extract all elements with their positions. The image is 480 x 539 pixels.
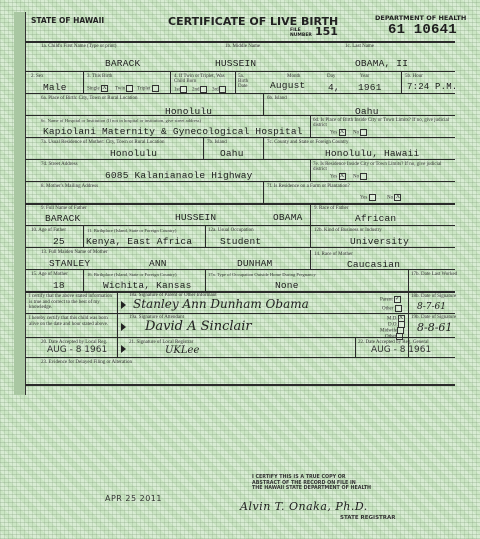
mother-last-name: DUNHAM [237, 258, 272, 269]
informant-date-label: 18b. Date of Signature [411, 294, 456, 300]
street-address: 6085 Kalanianaole Highway [105, 170, 253, 181]
last-name-label: 1c. Last Name [345, 44, 374, 50]
birth-city-label: 6a. Place of Birth: City, Town or Rural … [41, 96, 137, 102]
divider [170, 71, 171, 93]
first-name-label: 1a. Child's First Name (Type or print) [41, 44, 116, 50]
birth-hour: 7:24 P.M. [407, 82, 457, 93]
informant-certification-text: I certify that the above stated informat… [29, 294, 115, 311]
mother-middle-name: ANN [149, 258, 167, 269]
child-last-name: OBAMA, II [355, 58, 408, 69]
divider [25, 203, 455, 205]
registrar-signature: Alvin T. Onaka, Ph.D. [240, 500, 368, 513]
divider [310, 250, 311, 269]
state-label: STATE OF HAWAII [31, 16, 104, 25]
birth-inside-no-checkbox[interactable] [360, 129, 367, 136]
divider [401, 71, 402, 93]
mother-age: 18 [53, 280, 65, 291]
residence-inside-no-checkbox[interactable] [360, 173, 367, 180]
hospital-name: Kapiolani Maternity & Gynecological Hosp… [43, 126, 303, 137]
divider [25, 357, 455, 358]
file-number: 151 [315, 25, 338, 38]
street-label: 7d. Street Address [41, 162, 78, 168]
form-bottom-border [25, 384, 455, 386]
divider [83, 71, 84, 93]
divider [310, 159, 311, 181]
child-sex: Male [43, 82, 67, 93]
divider [263, 181, 455, 182]
father-birthplace-label: 11. Birthplace (Island, State or Foreign… [87, 228, 176, 234]
divider [25, 93, 455, 94]
divider [25, 337, 380, 338]
residence-county-label: 7c. County and State or Foreign Country [267, 140, 349, 146]
child-middle-name: HUSSEIN [215, 58, 256, 69]
twin-option[interactable]: Twin [115, 85, 133, 93]
registrar-title: STATE REGISTRAR [340, 515, 396, 521]
mother-birthplace: Wichita, Kansas [103, 280, 192, 291]
divider [263, 93, 264, 115]
divider [408, 269, 409, 291]
issue-date-stamp: APR 25 2011 [105, 494, 162, 503]
birth-inside-city-label: 6d. Is Place of Birth Inside City or Tow… [313, 118, 453, 128]
local-registrar-signature: UKLee [165, 345, 199, 356]
arrow-marker-icon [121, 345, 126, 353]
father-occupation-label: 12a. Usual Occupation [208, 228, 254, 234]
divider [25, 291, 455, 293]
farm-label: 7f. Is Residence on a Farm or Plantation… [267, 184, 350, 190]
birth-year: 1961 [358, 82, 382, 93]
father-business: University [350, 236, 409, 247]
farm-no[interactable]: No X [387, 194, 401, 202]
attendant-certification-text: I hereby certify that this child was bor… [29, 316, 115, 327]
mother-occupation: None [275, 280, 299, 291]
hospital-label: 6c. Name of Hospital or Institution (If … [41, 118, 201, 124]
divider [25, 269, 455, 270]
birth-island-label: 6b. Island [267, 96, 287, 102]
residence-inside-yes[interactable]: Yes X [330, 173, 346, 181]
divider [355, 337, 455, 338]
birth-inside-yes-checkbox[interactable]: X [339, 129, 346, 136]
arrow-marker-icon [121, 323, 126, 331]
residence-inside-city-label: 7e. Is Residence Inside City or Town Lim… [313, 162, 453, 172]
divider [83, 269, 84, 291]
attendant-date: 8-8-61 [417, 321, 452, 334]
farm-no-checkbox[interactable]: X [394, 194, 401, 201]
divider [25, 313, 455, 314]
twin-order-label: 4. If Twin or Triplet, Was Child Born [174, 74, 236, 84]
parent-checkbox[interactable]: ✓ [394, 296, 401, 303]
father-occupation: Student [220, 236, 261, 247]
residence-inside-no[interactable]: No [353, 173, 367, 181]
residence-county: Honolulu, Hawaii [325, 148, 419, 159]
twin-checkbox[interactable] [126, 85, 133, 92]
father-age: 25 [53, 236, 65, 247]
hour-label: 5b. Hour [405, 74, 423, 80]
certificate-number: 61 10641 [388, 23, 457, 38]
father-race-label: 9. Race of Father [314, 206, 348, 212]
last-worked-label: 17b. Date Last Worked [411, 272, 457, 278]
residence-island-label: 7b. Island [207, 140, 227, 146]
certify-line-3: THE HAWAII STATE DEPARTMENT OF HEALTH [252, 486, 371, 492]
local-reg-date-stamp: AUG - 8 1961 [47, 345, 107, 355]
divider [235, 71, 236, 93]
file-number-label: FILE NUMBER [290, 28, 312, 38]
mother-name-label: 13. Full Maiden Name of Mother [41, 250, 108, 256]
divider [25, 247, 455, 248]
divider [203, 137, 204, 159]
divider [310, 225, 311, 247]
second-born-checkbox[interactable] [200, 86, 207, 93]
mother-first-name: STANLEY [49, 258, 90, 269]
parent-option[interactable]: Parent ✓ [380, 296, 401, 304]
divider [83, 225, 84, 247]
mother-occupation-label: 17a. Type of Occupation Outside Home Dur… [208, 272, 316, 278]
other-option[interactable]: Other [382, 305, 402, 313]
divider [263, 137, 264, 159]
triplet-checkbox[interactable] [152, 85, 159, 92]
birth-date-label: 5a. Birth Date [238, 74, 254, 89]
arrow-marker-icon [121, 301, 126, 309]
informant-signature: Stanley Ann Dunham Obama [133, 297, 309, 311]
birth-month: August [270, 80, 305, 91]
birth-inside-no[interactable]: No [353, 129, 367, 137]
father-age-label: 10. Age of Father [31, 228, 66, 234]
day-label: Day [327, 74, 335, 80]
residence-inside-yes-checkbox[interactable]: X [339, 173, 346, 180]
informant-date: 8-7-61 [417, 302, 446, 312]
divider [25, 115, 455, 116]
certificate-title: CERTIFICATE OF LIVE BIRTH [168, 15, 338, 28]
residence-city: Honolulu [110, 148, 157, 159]
divider [205, 269, 206, 291]
divider [310, 203, 311, 225]
divider [355, 337, 356, 357]
divider [25, 41, 455, 43]
residence-city-label: 7a. Usual Residence of Mother: City, Tow… [41, 140, 165, 146]
father-first-name: BARACK [45, 213, 80, 224]
first-born-checkbox[interactable] [180, 86, 187, 93]
mother-birthplace-label: 16. Birthplace (Island, State or Foreign… [87, 272, 177, 278]
divider [310, 115, 311, 137]
child-first-name: BARACK [105, 58, 140, 69]
this-birth-label: 3. This Birth [87, 74, 112, 80]
attendant-signature: David A Sinclair [145, 319, 252, 334]
delayed-filing-label: 23. Evidence for Delayed Filing or Alter… [41, 360, 132, 366]
divider [25, 159, 455, 160]
other-checkbox[interactable] [395, 305, 402, 312]
department-label: DEPARTMENT OF HEALTH [375, 14, 466, 22]
father-race: African [355, 213, 396, 224]
divider [25, 225, 455, 226]
residence-island: Oahu [220, 148, 244, 159]
single-checkbox[interactable]: X [101, 85, 108, 92]
single-option[interactable]: Single X [87, 85, 108, 93]
mother-age-label: 15. Age of Mother [31, 272, 68, 278]
year-label: Year [360, 74, 369, 80]
father-business-label: 12b. Kind of Business or Industry [314, 228, 382, 234]
birth-inside-yes[interactable]: Yes X [330, 129, 346, 137]
farm-yes-checkbox[interactable] [369, 194, 376, 201]
divider [205, 225, 206, 247]
mother-race-label: 14. Race of Mother [314, 252, 353, 258]
divider [117, 291, 118, 357]
divider [263, 181, 264, 203]
father-middle-name: HUSSEIN [175, 212, 216, 223]
birth-certificate-form: STATE OF HAWAII CERTIFICATE OF LIVE BIRT… [25, 12, 455, 395]
certify-text: I CERTIFY THIS IS A TRUE COPY OR ABSTRAC… [252, 475, 371, 492]
father-last-name: OBAMA [273, 212, 303, 223]
birth-day: 4, [328, 82, 340, 93]
divider [25, 137, 455, 138]
father-birthplace: Kenya, East Africa [86, 236, 192, 247]
farm-yes[interactable]: Yes [360, 194, 376, 202]
divider [25, 71, 455, 72]
triplet-option[interactable]: Triplet [137, 85, 159, 93]
middle-name-label: 1b. Middle Name [225, 44, 260, 50]
mailing-address-label: 8. Mother's Mailing Address [41, 184, 98, 190]
father-name-label: 9. Full Name of Father [41, 206, 87, 212]
reg-general-date-stamp: AUG - 8 1961 [371, 345, 431, 355]
third-born-checkbox[interactable] [219, 86, 226, 93]
sex-label: 2. Sex [31, 74, 44, 80]
